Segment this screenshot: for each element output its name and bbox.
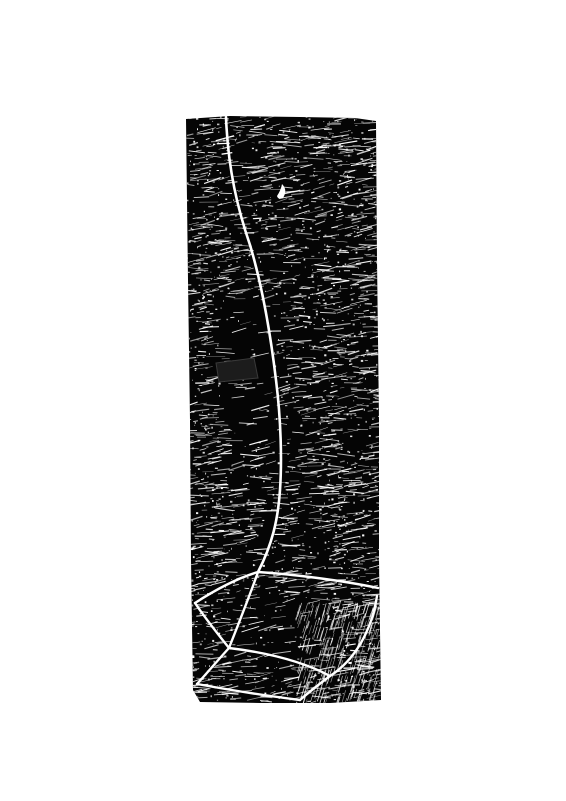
artwork-canvas	[0, 0, 566, 801]
textured-black-panel	[186, 111, 398, 714]
